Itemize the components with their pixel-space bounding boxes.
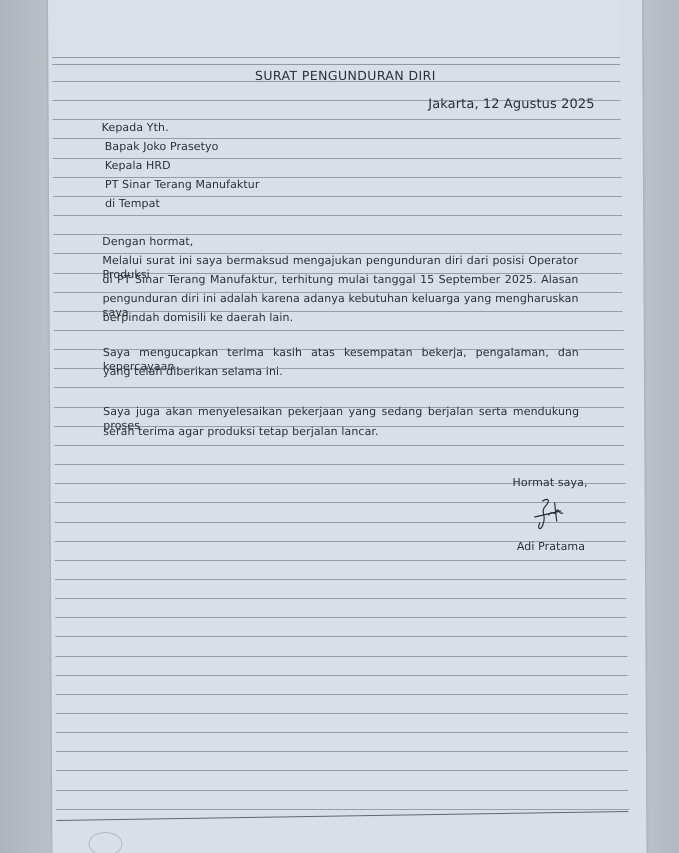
recipient-position: Kepala HRD	[105, 159, 171, 173]
closing: Hormat saya,	[512, 476, 587, 490]
ruled-line	[54, 387, 624, 388]
greeting: Dengan hormat,	[102, 235, 193, 249]
ruled-line	[54, 464, 624, 465]
ruled-line	[55, 617, 626, 618]
ruled-line	[53, 215, 622, 216]
ruled-line	[56, 694, 628, 695]
recipient-location: di Tempat	[105, 197, 160, 211]
ruled-line	[56, 732, 628, 733]
ruled-line	[56, 751, 628, 752]
paper-header-margin	[56, 0, 618, 58]
place-date: Jakarta, 12 Agustus 2025	[428, 98, 594, 112]
paragraph-1-line-2: di PT Sinar Terang Manufaktur, terhitung…	[102, 273, 578, 287]
ruled-line	[55, 560, 626, 561]
recipient-name: Bapak Joko Prasetyo	[105, 140, 219, 154]
ruled-line	[54, 330, 624, 331]
ruled-line	[54, 445, 624, 446]
ruled-paper-sheet: SURAT PENGUNDURAN DIRI Jakarta, 12 Agust…	[48, 0, 646, 853]
bottom-rule	[56, 811, 628, 821]
ruled-line	[56, 770, 628, 771]
paper-brand-stamp-icon	[88, 832, 122, 853]
signature-icon	[531, 495, 571, 535]
recipient-company: PT Sinar Terang Manufaktur	[105, 178, 260, 192]
letter-title: SURAT PENGUNDURAN DIRI	[48, 69, 642, 83]
ruled-line	[56, 790, 628, 791]
paragraph-3-line-2: serah terima agar produksi tetap berjala…	[103, 425, 378, 439]
ruled-line	[55, 656, 627, 657]
ruled-line	[56, 809, 629, 810]
paragraph-2-line-2: yang telah diberikan selama ini.	[103, 365, 283, 379]
signer-name: Adi Pratama	[517, 540, 585, 554]
recipient-salutation: Kepada Yth.	[102, 121, 169, 135]
ruled-line	[55, 636, 627, 637]
ruled-line	[56, 713, 628, 714]
ruled-line	[55, 598, 626, 599]
ruled-line	[56, 675, 628, 676]
paragraph-1-line-4: berpindah domisili ke daerah lain.	[103, 311, 294, 325]
ruled-line	[55, 579, 626, 580]
header-double-rule	[52, 57, 620, 65]
